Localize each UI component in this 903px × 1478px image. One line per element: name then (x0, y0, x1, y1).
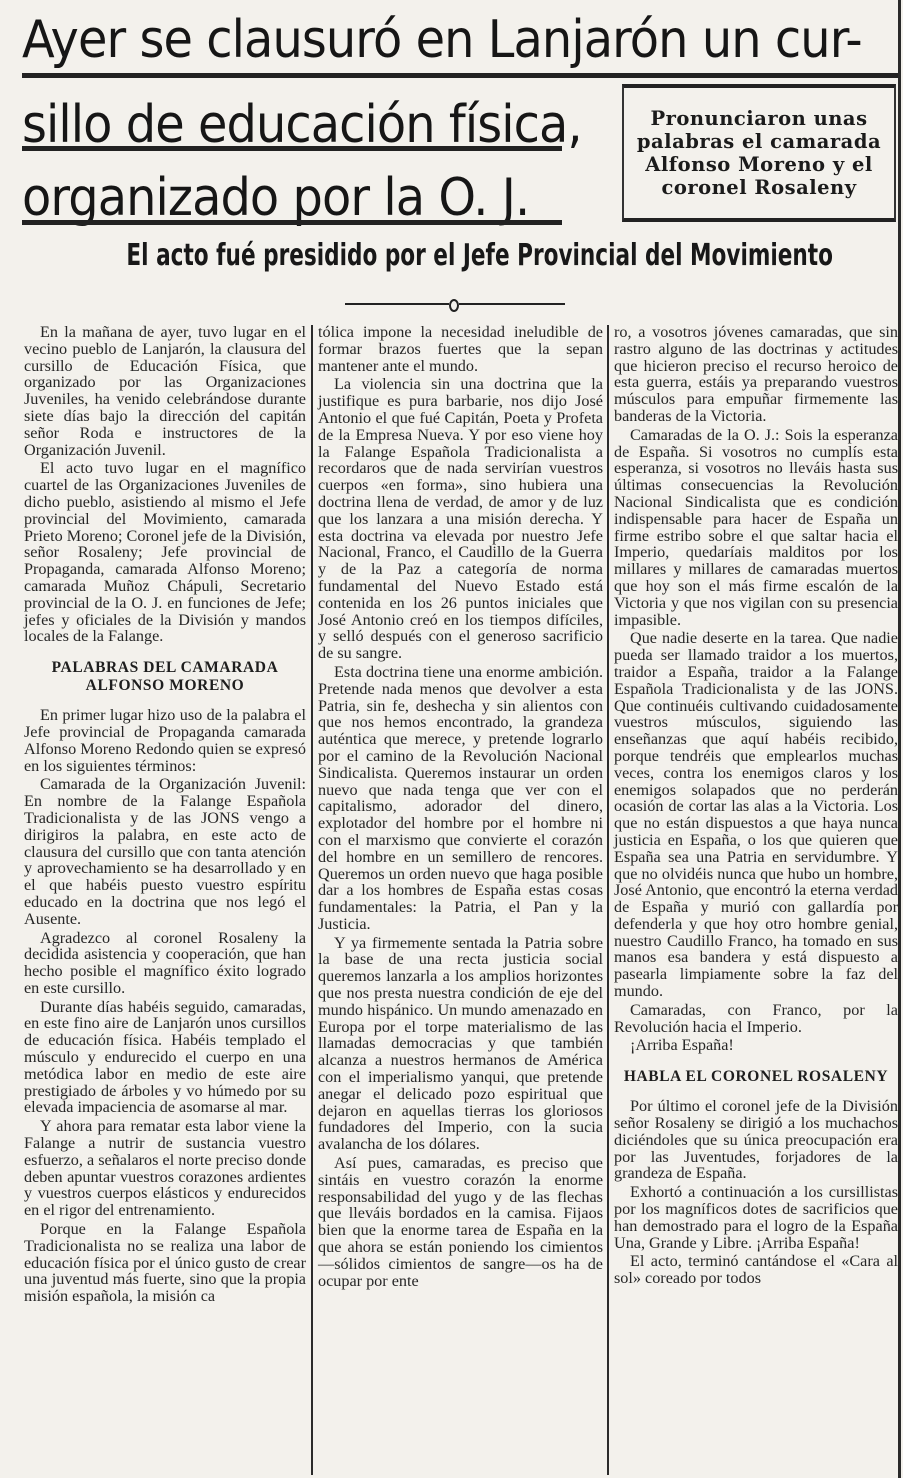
paragraph: Agradezco al coronel Rosaleny la decidid… (24, 930, 306, 997)
ornament-divider (345, 298, 565, 310)
paragraph: ¡Arriba España! (614, 1037, 898, 1054)
deck-box: Pronunciaron unas palabras el camarada A… (622, 84, 896, 222)
paragraph: Y ahora para rematar esta labor viene la… (24, 1118, 306, 1219)
paragraph: Exhortó a continuación a los cursillista… (614, 1184, 898, 1251)
headline-rule-1 (22, 73, 898, 78)
article-column-1: En la mañana de ayer, tuvo lugar en el v… (24, 324, 306, 1305)
article-column-2: tólica impone la necesidad ineludible de… (318, 324, 603, 1289)
headline-rule-2 (22, 146, 562, 151)
ornament-circle-icon (449, 299, 459, 312)
paragraph: Que nadie deserte en la tarea. Que nadie… (614, 630, 898, 1000)
column-rule-2 (607, 325, 609, 1475)
paragraph: En primer lugar hizo uso de la palabra e… (24, 707, 306, 774)
paragraph: Porque en la Falange Española Tradiciona… (24, 1221, 306, 1305)
paragraph: Durante días habéis seguido, camaradas, … (24, 999, 306, 1117)
paragraph: La violencia sin una doctrina que la jus… (318, 376, 603, 662)
paragraph: Esta doctrina tiene una enorme ambición.… (318, 664, 603, 933)
paragraph-continued: ro, a vosotros jóvenes camaradas, que si… (614, 324, 898, 425)
paragraph: Camaradas, con Franco, por la Revolución… (614, 1002, 898, 1036)
deck-text: Pronunciaron unas palabras el camarada A… (634, 107, 884, 199)
newspaper-page: Ayer se clausuró en Lanjarón un cur- sil… (0, 0, 903, 1478)
paragraph: En la mañana de ayer, tuvo lugar en el v… (24, 324, 306, 458)
subheadline: El acto fué presidido por el Jefe Provin… (126, 238, 776, 273)
paragraph: Camaradas de la O. J.: Sois la esperanza… (614, 427, 898, 629)
paragraph: Por último el coronel jefe de la Divisió… (614, 1098, 898, 1182)
column-rule-1 (311, 325, 313, 1475)
paragraph: Y ya firmemente sentada la Patria sobre … (318, 935, 603, 1153)
paragraph: Así pues, camaradas, es preciso que sint… (318, 1155, 603, 1289)
headline-line-3: organizado por la O. J. (22, 168, 529, 228)
headline-rule-3 (22, 220, 562, 225)
paragraph-continued: tólica impone la necesidad ineludible de… (318, 324, 603, 374)
section-heading: PALABRAS DEL CAMARADA ALFONSO MORENO (24, 659, 306, 695)
section-heading: HABLA EL CORONEL ROSALENY (614, 1068, 898, 1086)
article-column-3: ro, a vosotros jóvenes camaradas, que si… (614, 324, 898, 1287)
paragraph: El acto, terminó cantándose el «Cara al … (614, 1253, 898, 1287)
paragraph: El acto tuvo lugar en el magnífico cuart… (24, 460, 306, 645)
page-edge-rule (898, 0, 901, 1478)
headline-line-1: Ayer se clausuró en Lanjarón un cur- (22, 10, 862, 70)
paragraph: Camarada de la Organización Juvenil: En … (24, 776, 306, 927)
